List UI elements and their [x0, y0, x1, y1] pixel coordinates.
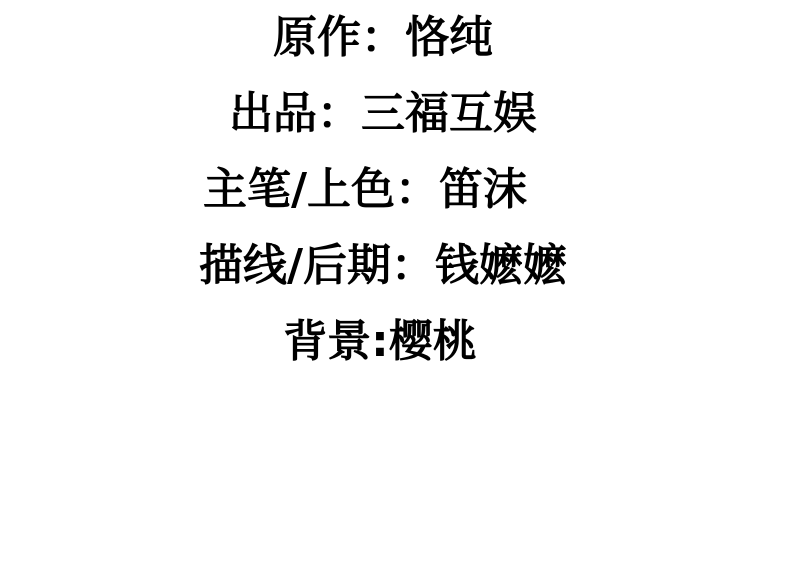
credit-line-original-author: 原作：恪纯: [0, 0, 783, 76]
credit-line-lineart-postproduction: 描线/后期：钱嬷嬷: [0, 228, 783, 304]
credit-line-producer: 出品：三福互娱: [0, 76, 783, 152]
credit-line-lead-artist-coloring: 主笔/上色：笛沫: [0, 152, 765, 228]
credits-block: 原作：恪纯 出品：三福互娱 主笔/上色：笛沫 描线/后期：钱嬷嬷 背景:樱桃: [0, 0, 783, 380]
credit-line-background-artist: 背景:樱桃: [0, 304, 780, 380]
